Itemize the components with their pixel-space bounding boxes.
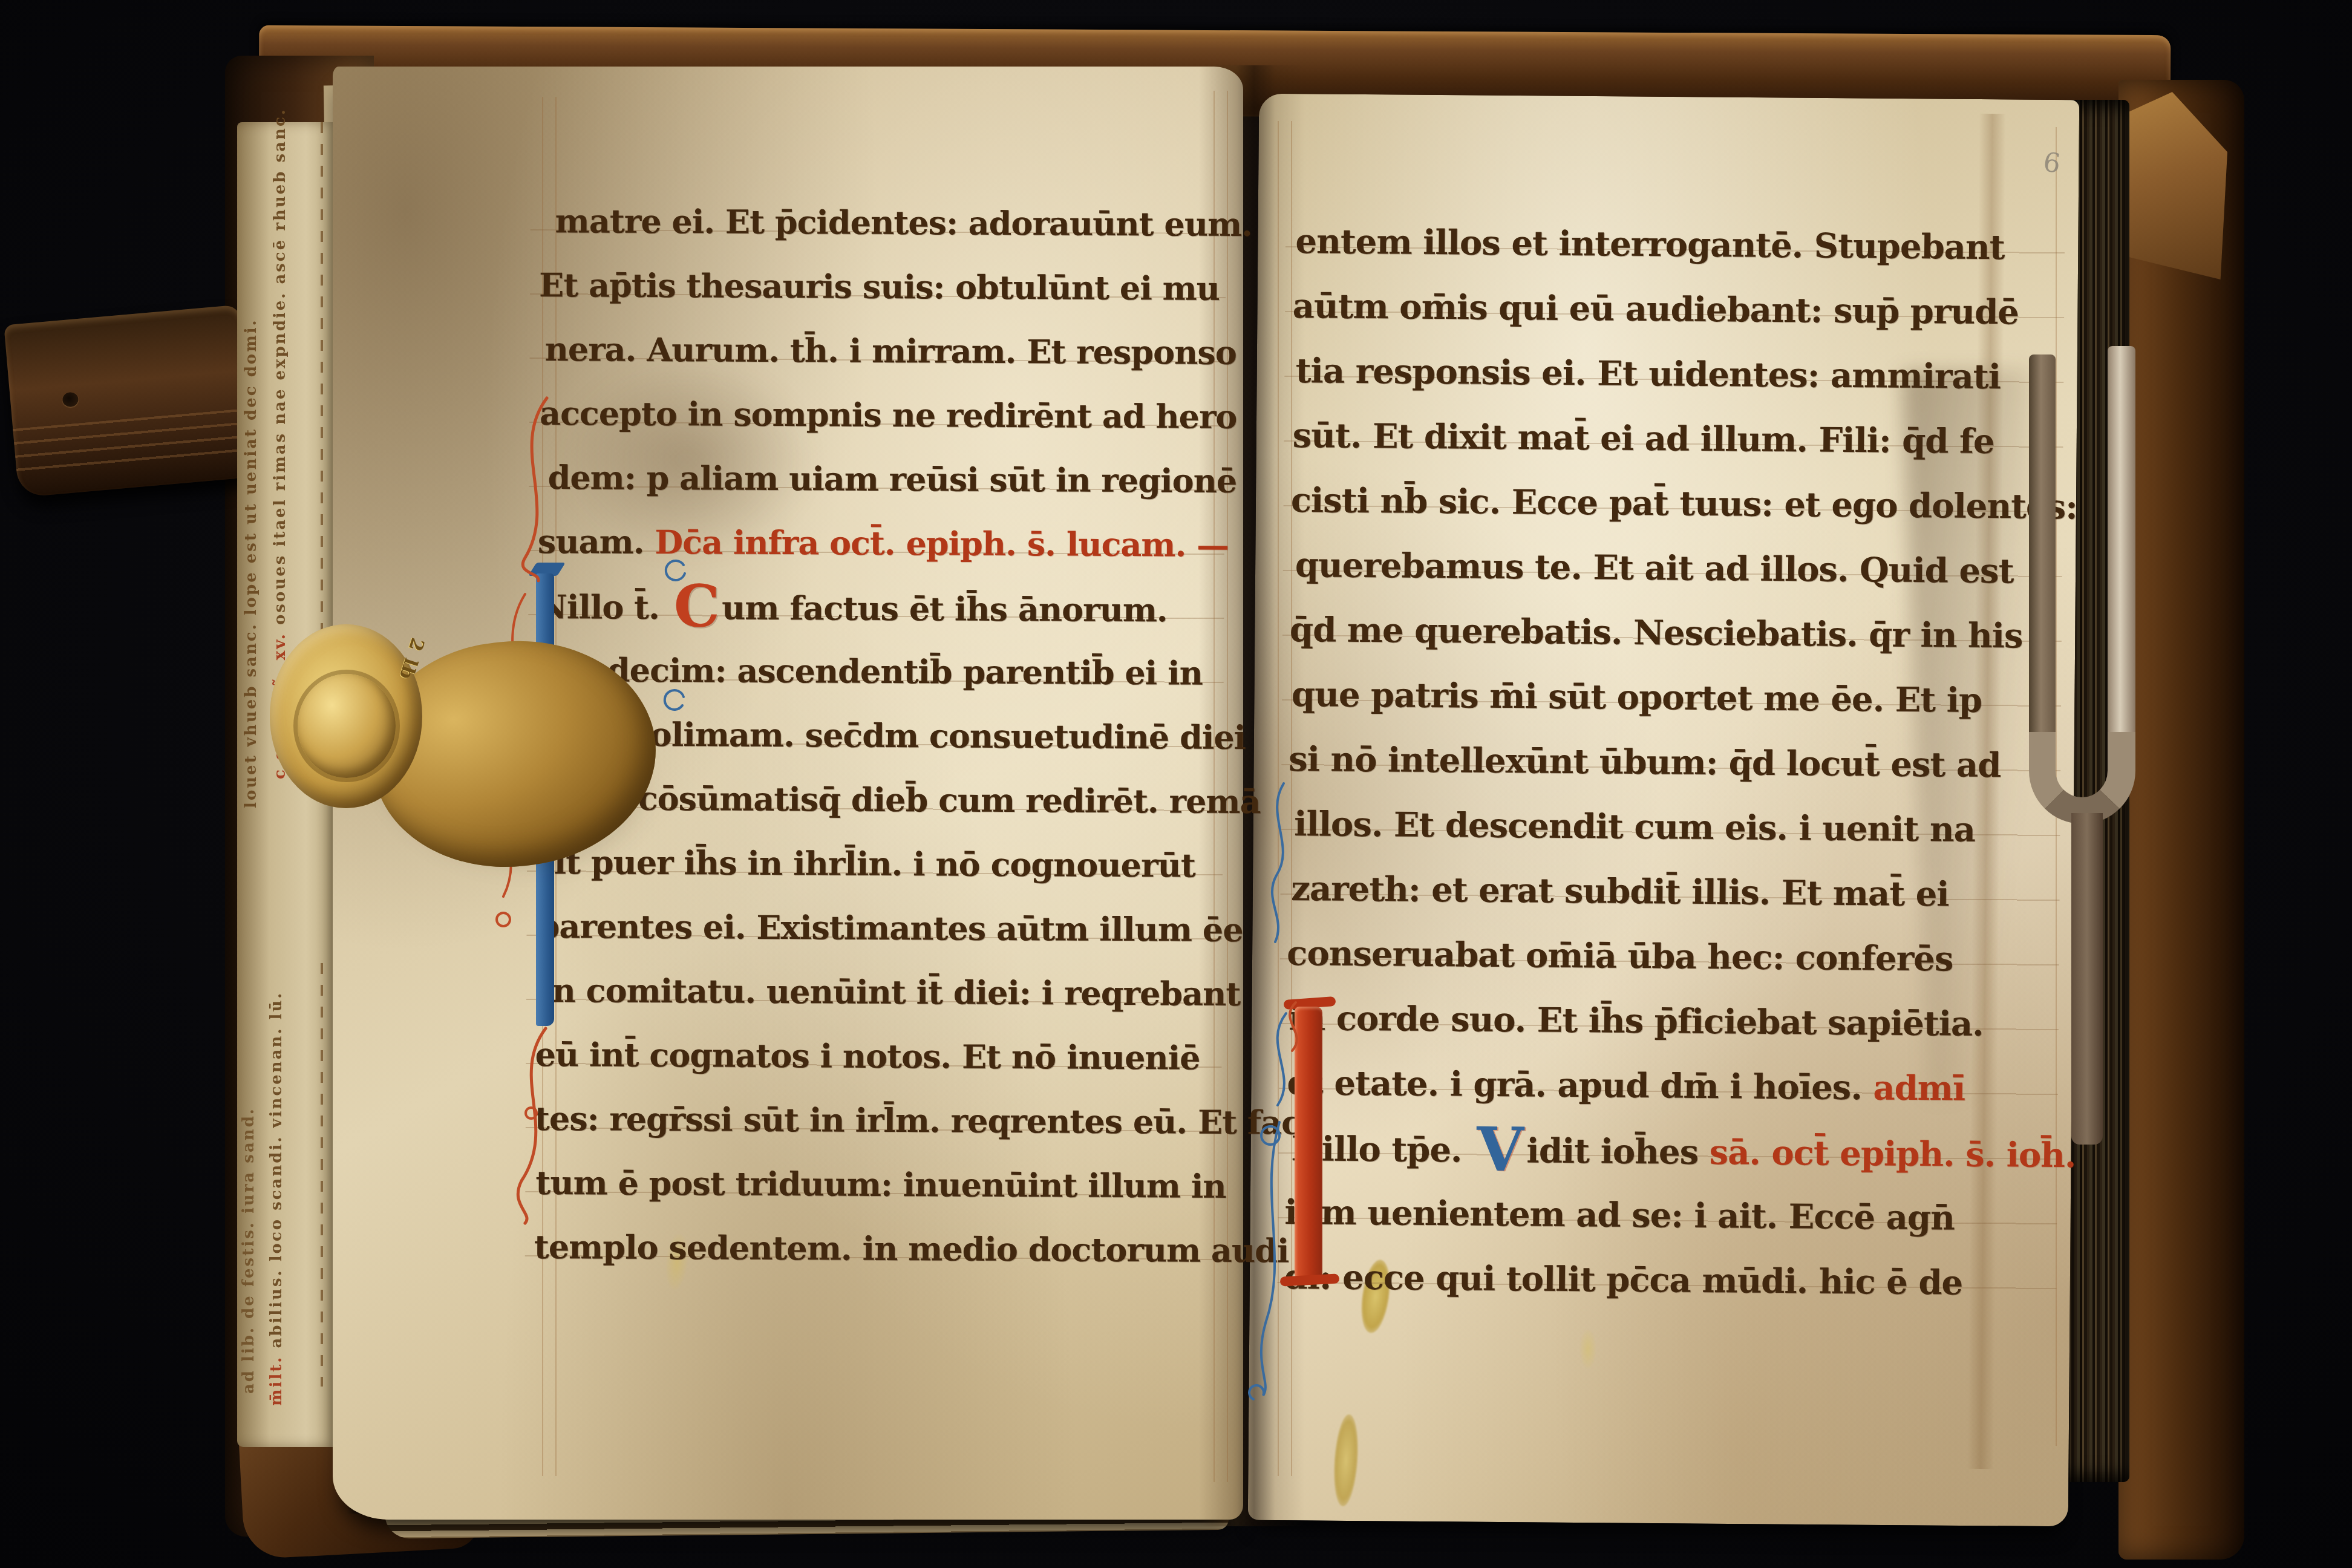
text-line: dem: p aliam uiam reūsi sūt in regionē [547, 445, 1236, 513]
fragment-red-text: m̄ilt. [267, 1356, 286, 1406]
fragment-brown-text: abilius. loco scandi. vincenan. lū. [267, 991, 286, 1348]
text-line: tes: regr̄ssi sūt in irl̄m. reqrentes eū… [535, 1086, 1301, 1155]
tuning-fork-left-prong [2029, 354, 2056, 751]
clasp-hole [62, 391, 79, 407]
text-line: zareth: et erat subdit̄ illis. Et mat̄ e… [1291, 857, 1949, 927]
fragment-vertical-text: m̄ilt. abilius. loco scandi. vincenan. l… [267, 861, 286, 1406]
tuning-fork [2018, 346, 2161, 1145]
text-line: sūt. Et dixit mat̄ ei ad illum. Fili: q̄… [1292, 403, 1994, 474]
leather-clasp-strap [4, 304, 255, 497]
text-line-rubric: et etate. i grā. apud dm̄ i hoīes. admī [1287, 1051, 1965, 1122]
fragment-vertical-text: ad lib. de festis. iura sand. [240, 886, 258, 1394]
text-line: eū int̄ cognatos i notos. Et nō inueniē [535, 1022, 1200, 1090]
text-line: in corde suo. Et ih̄s p̄ficiebat sapiēti… [1289, 986, 1984, 1057]
text-line: di: ecce qui tollit pc̄ca mūdi. hic ē de [1284, 1245, 1963, 1316]
tuning-fork-right-prong [2108, 346, 2135, 751]
fragment-brown-text: ad lib. de festis. iura sand. [240, 1107, 258, 1394]
text-line: templo sedentem. in medio doctorum audi [534, 1215, 1289, 1283]
text-line: ih̄m uenientem ad se: i ait. Eccē agn̄ [1284, 1180, 1955, 1251]
wax-stain [1580, 1330, 1596, 1368]
tuning-fork-stem [2071, 813, 2103, 1145]
weight-knob [298, 674, 396, 778]
fragment-vertical-text: louet vhueb sanc. lope est ut ueniat dec… [242, 143, 260, 808]
text-segment: idit ioh̄es [1526, 1131, 1710, 1172]
text-segment: um factus ēt ih̄s ānorum. [722, 589, 1168, 630]
fragment-brown-text: osoues itael rimas nae expndie. ascē rhu… [271, 108, 289, 625]
text-line: tia responsis ei. Et uidentes: ammirati [1295, 339, 2001, 410]
text-line: si nō intellexūnt ūbum: q̄d locut̄ est a… [1289, 727, 2001, 798]
text-line: aūtm om̄is qui eū audiebant: sup̄ prudē [1292, 274, 2019, 345]
text-line: Et ap̄tis thesauris suis: obtulūnt ei mu [539, 253, 1220, 321]
text-line: parentes ei. Existimantes aūtm illum ēe [537, 894, 1243, 962]
text-line: matre ei. Et p̄cidentes: adorauūnt eum. [555, 189, 1252, 256]
text-line: illos. Et descendit cum eis. i uenit na [1294, 792, 1976, 863]
text-line: nera. Aurum. th̄. i mirram. Et responso [544, 317, 1236, 385]
text-line: entem illos et interrogantē. Stupebant [1295, 209, 2005, 280]
text-line-initial: Nillo tp̄e. Vidit ioh̄es sā. oct̄ epiph.… [1291, 1116, 2076, 1187]
text-line: accepto in sompnis ne redirēnt ad hero [540, 381, 1237, 449]
text-line-rubric: suam. Dc̄a infra oct̄. epiph. s̄. lucam.… [538, 509, 1229, 577]
rubric-segment: Dc̄a infra oct̄. epiph. s̄. lucam. — [655, 523, 1229, 564]
binding-stitch [321, 963, 323, 1387]
binding-stitch [321, 122, 323, 642]
text-line: querebamus te. Et ait ad illos. Quid est [1295, 533, 2013, 604]
text-line: que patris m̄i sūt oportet me ēe. Et ip [1292, 662, 1982, 733]
decorated-initial-v: V [1476, 1114, 1523, 1186]
text-line: tum ē post triduum: inuenūint illum in [535, 1151, 1226, 1218]
brass-weight: 2 lb [264, 606, 675, 903]
clasp-crease-lines [13, 408, 253, 473]
text-line: in comitatu. uenūint it̄ diei: i reqreba… [540, 958, 1241, 1026]
pen-flourish-blue-right [1228, 759, 1307, 1425]
text-line: conseruabat om̄iā ūba hec: conferēs [1287, 921, 1953, 992]
text-segment: et etate. i grā. apud dm̄ i hoīes. [1287, 1063, 1873, 1108]
fragment-brown-text: louet vhueb sanc. lope est ut ueniat dec… [242, 318, 260, 808]
